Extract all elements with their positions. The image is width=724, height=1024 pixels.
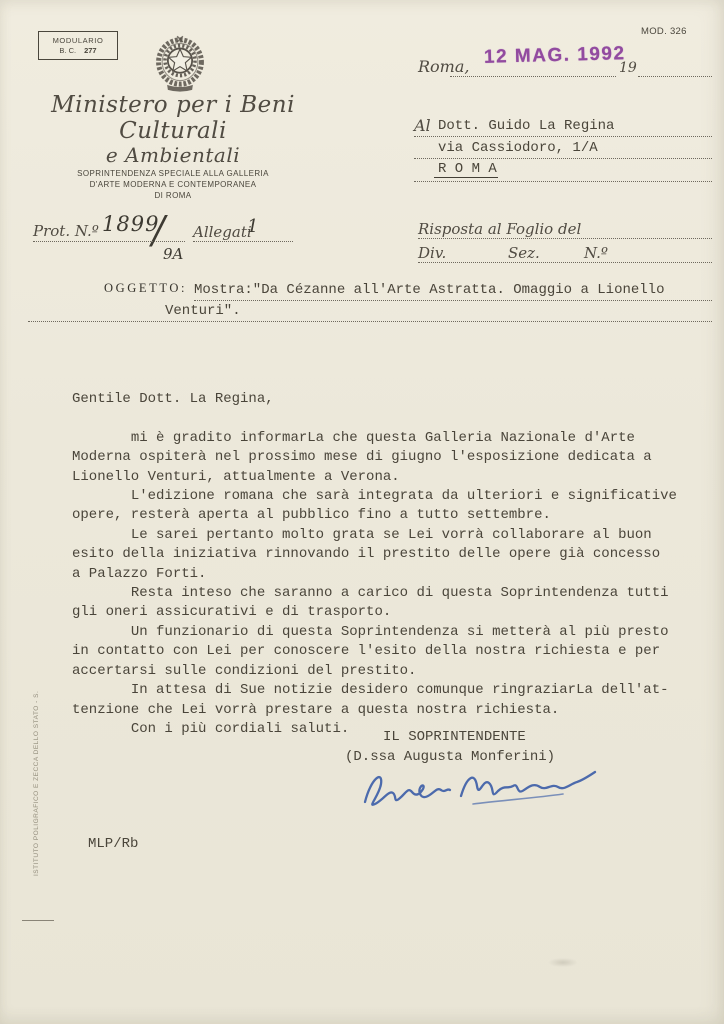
modulario-line1: MODULARIO xyxy=(53,36,104,45)
allegati-label: Allegati xyxy=(193,223,252,241)
dotted-line xyxy=(418,238,712,239)
modulario-series: B. C. xyxy=(59,46,76,55)
n-label: N.º xyxy=(584,244,608,262)
subject-line1: Mostra:"Da Cézanne all'Arte Astratta. Om… xyxy=(194,282,664,298)
recipient-prefix: Al xyxy=(414,116,431,135)
date-stamp: 12 MAG. 1992 xyxy=(484,43,626,69)
dotted-line xyxy=(450,76,616,77)
dotted-line xyxy=(28,321,712,322)
office-line1: SOPRINTENDENZA SPECIALE ALLA GALLERIA xyxy=(8,168,338,179)
typist-initials: MLP/Rb xyxy=(88,836,138,852)
signature-title: IL SOPRINTENDENTE xyxy=(383,729,526,745)
letterhead: Ministero per i Beni Culturali e Ambient… xyxy=(8,92,338,201)
letter-body: Gentile Dott. La Regina, mi è gradito in… xyxy=(72,390,678,739)
recipient-city: R O M A xyxy=(438,161,497,177)
office-line3: DI ROMA xyxy=(8,190,338,201)
signature-scribble xyxy=(355,760,605,818)
paper-smudge xyxy=(548,958,578,967)
italian-state-emblem-icon xyxy=(151,32,209,92)
office-line2: D'ARTE MODERNA E CONTEMPORANEA xyxy=(8,179,338,190)
printer-note-vertical: ISTITUTO POLIGRAFICO E ZECCA DELLO STATO… xyxy=(33,691,40,876)
city-label: Roma, xyxy=(418,57,469,76)
dotted-line xyxy=(414,158,712,159)
ministry-name-line1: Ministero per i Beni Culturali xyxy=(8,92,338,144)
scanned-letter-page: MODULARIO B. C. 277 Ministero per i Beni… xyxy=(0,0,724,1024)
risposta-label: Risposta al Foglio del xyxy=(418,220,581,238)
dotted-line xyxy=(193,241,293,242)
recipient-name: Dott. Guido La Regina xyxy=(438,118,614,134)
dotted-line xyxy=(418,262,712,263)
year-prefix: 19 xyxy=(619,60,637,76)
sez-label: Sez. xyxy=(508,244,540,262)
dotted-line xyxy=(194,300,712,301)
modulario-number: 277 xyxy=(84,46,97,55)
recipient-street: via Cassiodoro, 1/A xyxy=(438,140,598,156)
prot-sub-handwritten: 9A xyxy=(163,245,183,263)
modulario-box: MODULARIO B. C. 277 xyxy=(38,31,118,60)
dotted-line xyxy=(33,241,185,242)
subject-line2: Venturi". xyxy=(165,303,241,319)
fold-mark xyxy=(22,920,54,921)
allegati-value-handwritten: 1 xyxy=(247,216,258,237)
modulario-line2: B. C. 277 xyxy=(59,46,96,55)
ministry-name-line2: e Ambientali xyxy=(8,144,338,166)
dotted-line xyxy=(638,76,712,77)
dotted-line xyxy=(414,136,712,137)
dotted-line xyxy=(414,181,712,182)
subject-label: OGGETTO: xyxy=(104,281,187,296)
prot-number-handwritten: 1899 xyxy=(102,212,159,236)
div-label: Div. xyxy=(418,244,446,262)
mod-number: MOD. 326 xyxy=(641,26,687,37)
prot-label: Prot. N.º xyxy=(33,222,99,240)
underline xyxy=(434,177,498,178)
